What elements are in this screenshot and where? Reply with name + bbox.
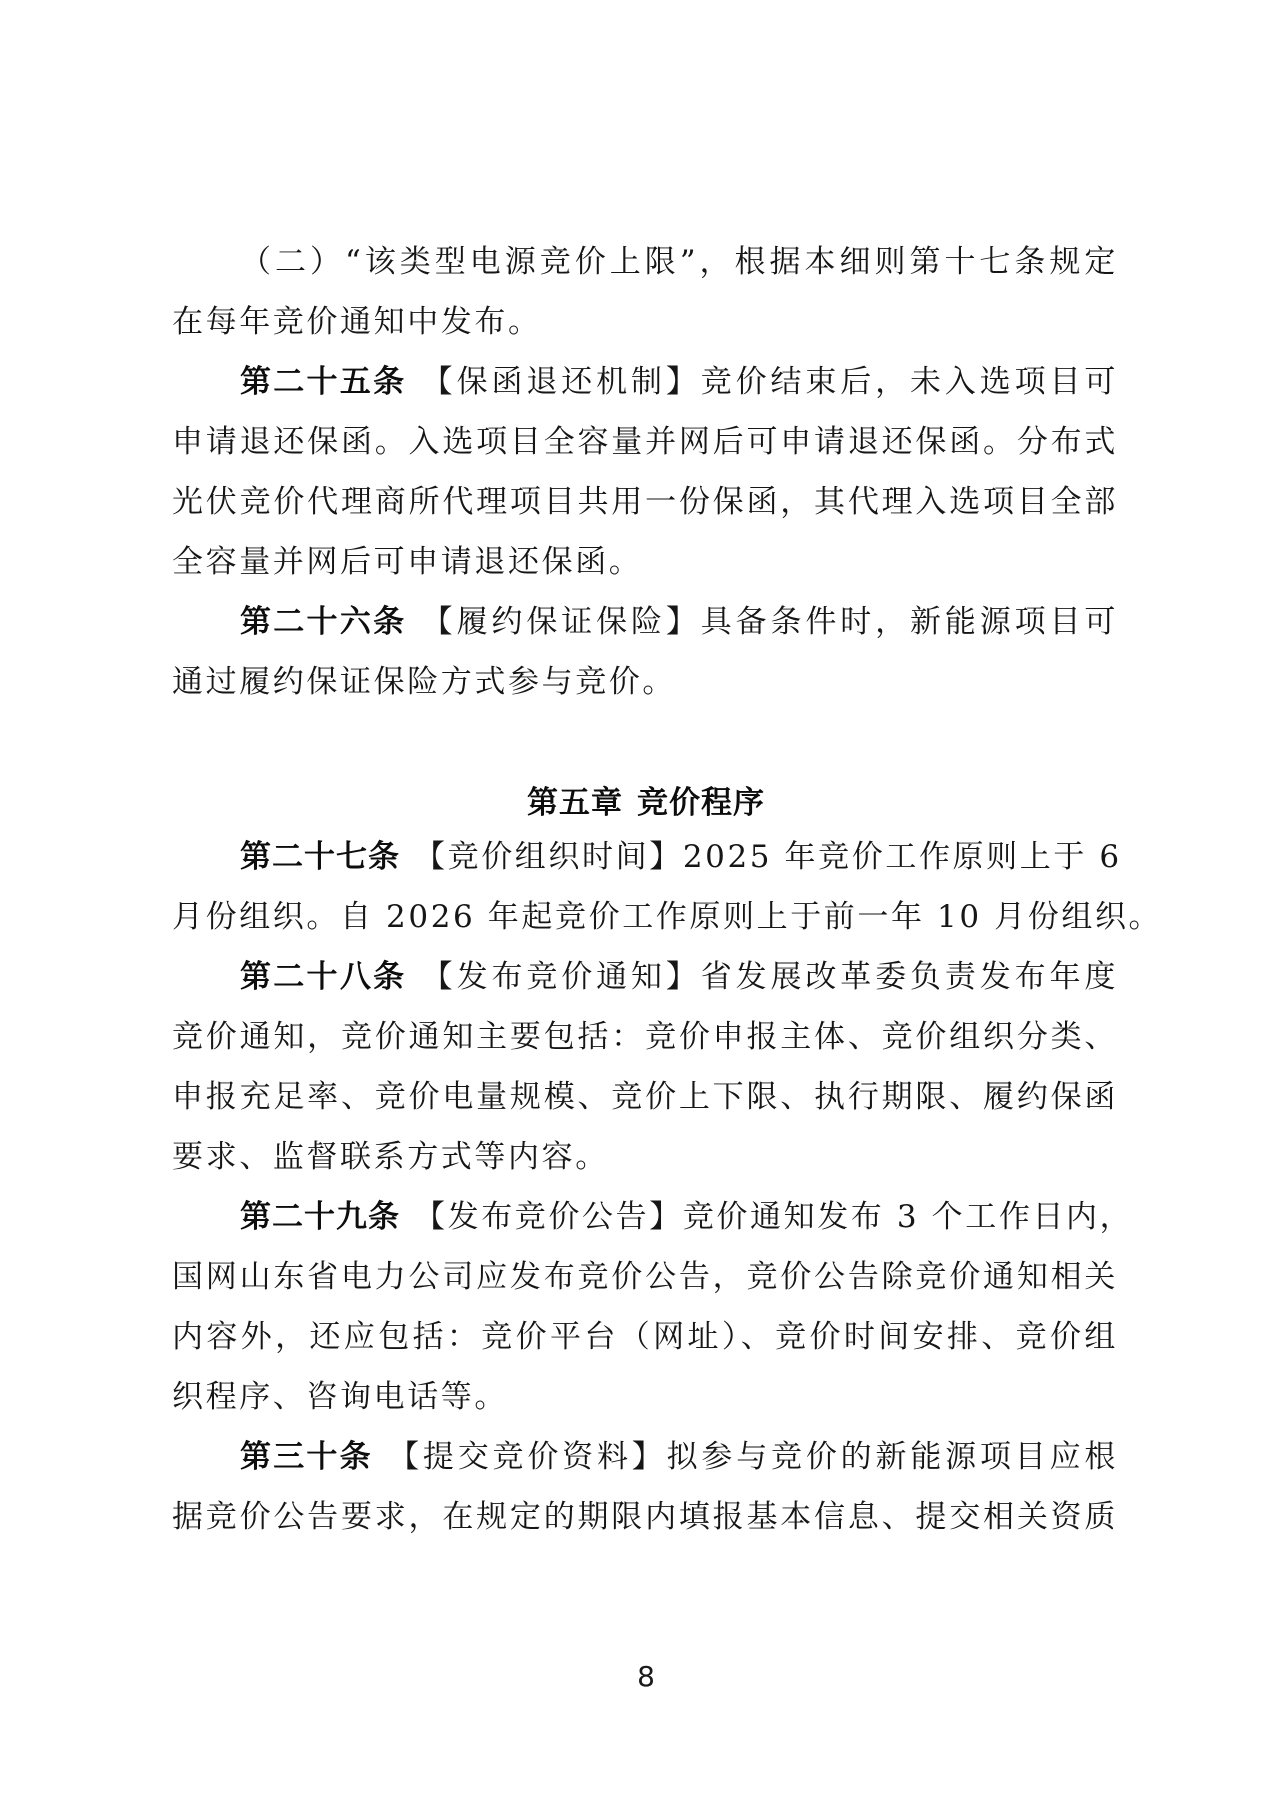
article-30-text: 拟参与竞价的新能源项目应根 xyxy=(667,1439,1118,1475)
article-26-title: 【履约保证保险】 xyxy=(420,604,700,640)
article-30-label: 第三十条 xyxy=(240,1439,373,1475)
article-28-line-2: 竞价通知，竞价通知主要包括：竞价申报主体、竞价组织分类、 xyxy=(172,1007,1118,1067)
article-26-text: 具备条件时，新能源项目可 xyxy=(701,604,1118,640)
article-27-title: 【竞价组织时间】 xyxy=(414,839,683,875)
article-25-line-4: 全容量并网后可申请退还保函。 xyxy=(172,532,1118,592)
article-25-first-line: 第二十五条【保函退还机制】竞价结束后，未入选项目可 xyxy=(172,352,1118,412)
article-26-line-2: 通过履约保证保险方式参与竞价。 xyxy=(172,652,1118,712)
article-25-line-3: 光伏竞价代理商所代理项目共用一份保函，其代理入选项目全部 xyxy=(172,472,1118,532)
article-29-first-line: 第二十九条【发布竞价公告】竞价通知发布 3 个工作日内， xyxy=(172,1187,1118,1247)
document-page: （二）“该类型电源竞价上限”，根据本细则第十七条规定 在每年竞价通知中发布。 第… xyxy=(0,0,1280,1810)
article-28-text: 省发展改革委负责发布年度 xyxy=(701,959,1118,995)
article-27-first-line: 第二十七条【竞价组织时间】2025 年竞价工作原则上于 6 xyxy=(172,827,1118,887)
article-29-title: 【发布竞价公告】 xyxy=(414,1199,683,1235)
article-28-line-4: 要求、监督联系方式等内容。 xyxy=(172,1127,1118,1187)
article-28-line-3: 申报充足率、竞价电量规模、竞价上下限、执行期限、履约保函 xyxy=(172,1067,1118,1127)
article-28-title: 【发布竞价通知】 xyxy=(420,959,700,995)
article-25-text: 竞价结束后，未入选项目可 xyxy=(701,364,1118,400)
article-26-first-line: 第二十六条【履约保证保险】具备条件时，新能源项目可 xyxy=(172,592,1118,652)
paragraph-item-2-line-1: （二）“该类型电源竞价上限”，根据本细则第十七条规定 xyxy=(172,232,1118,292)
article-25-line-2: 申请退还保函。入选项目全容量并网后可申请退还保函。分布式 xyxy=(172,412,1118,472)
chapter-heading: 第五章竞价程序 xyxy=(0,773,1280,833)
article-27-label: 第二十七条 xyxy=(240,839,400,875)
article-25-label: 第二十五条 xyxy=(240,364,406,400)
article-30-title: 【提交竞价资料】 xyxy=(387,1439,667,1475)
article-29-line-2: 国网山东省电力公司应发布竞价公告，竞价公告除竞价通知相关 xyxy=(172,1247,1118,1307)
paragraph-item-2-line-2: 在每年竞价通知中发布。 xyxy=(172,292,1118,352)
page-number: 8 xyxy=(0,1657,1280,1697)
article-29-label: 第二十九条 xyxy=(240,1199,400,1235)
chapter-number: 第五章 xyxy=(527,785,623,821)
article-27-text: 2025 年竞价工作原则上于 6 xyxy=(683,839,1122,875)
article-29-line-4: 织程序、咨询电话等。 xyxy=(172,1367,1118,1427)
article-28-first-line: 第二十八条【发布竞价通知】省发展改革委负责发布年度 xyxy=(172,947,1118,1007)
chapter-title: 竞价程序 xyxy=(637,785,765,821)
article-25-title: 【保函退还机制】 xyxy=(420,364,700,400)
article-29-text: 竞价通知发布 3 个工作日内， xyxy=(683,1199,1133,1235)
article-28-label: 第二十八条 xyxy=(240,959,406,995)
article-29-line-3: 内容外，还应包括：竞价平台（网址）、竞价时间安排、竞价组 xyxy=(172,1307,1118,1367)
article-30-first-line: 第三十条【提交竞价资料】拟参与竞价的新能源项目应根 xyxy=(172,1427,1118,1487)
article-27-line-2: 月份组织。自 2026 年起竞价工作原则上于前一年 10 月份组织。 xyxy=(172,887,1118,947)
article-30-line-2: 据竞价公告要求，在规定的期限内填报基本信息、提交相关资质 xyxy=(172,1487,1118,1547)
article-26-label: 第二十六条 xyxy=(240,604,406,640)
